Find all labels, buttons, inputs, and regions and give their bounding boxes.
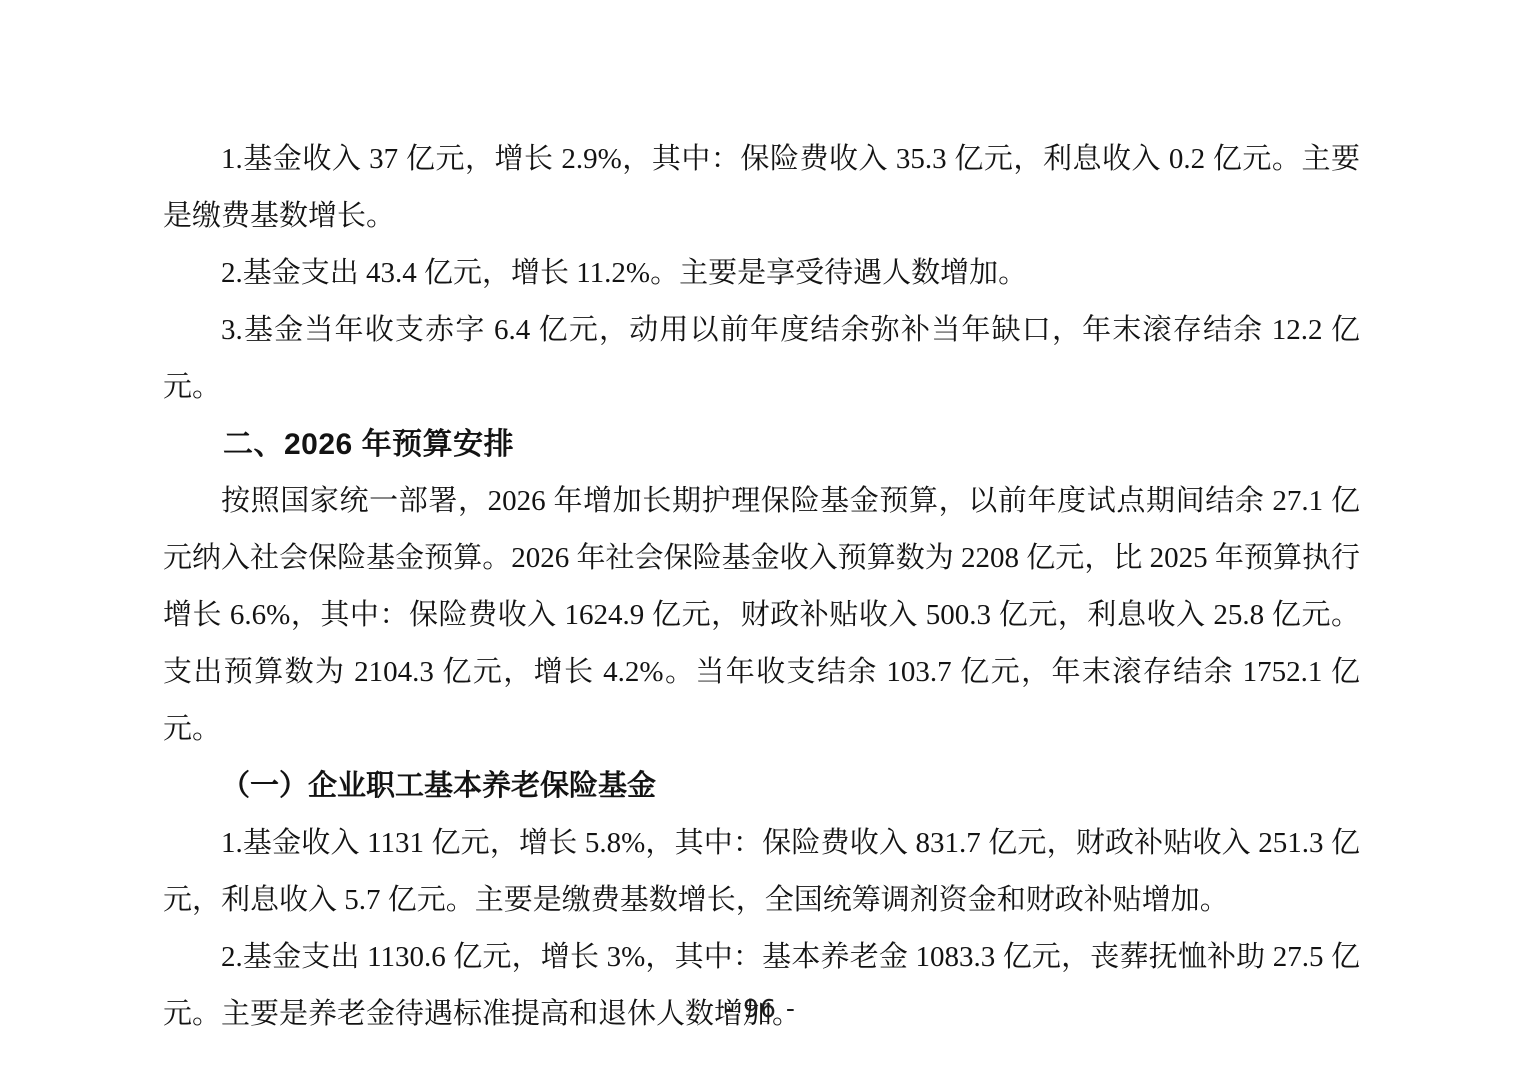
- document-page: 1.基金收入 37 亿元，增长 2.9%，其中：保险费收入 35.3 亿元，利息…: [0, 0, 1520, 1074]
- para-fund-deficit-execution: 3.基金当年收支赤字 6.4 亿元，动用以前年度结余弥补当年缺口，年末滚存结余 …: [163, 302, 1360, 416]
- para-fund-expense-execution: 2.基金支出 43.4 亿元，增长 11.2%。主要是享受待遇人数增加。: [163, 245, 1360, 302]
- heading-2026-budget-arrangement: 二、2026 年预算安排: [163, 416, 1360, 473]
- document-body: 1.基金收入 37 亿元，增长 2.9%，其中：保险费收入 35.3 亿元，利息…: [163, 131, 1360, 1043]
- para-enterprise-fund-income: 1.基金收入 1131 亿元，增长 5.8%，其中：保险费收入 831.7 亿元…: [163, 815, 1360, 929]
- para-2026-budget-overview: 按照国家统一部署，2026 年增加长期护理保险基金预算，以前年度试点期间结余 2…: [163, 473, 1360, 758]
- para-enterprise-fund-expense: 2.基金支出 1130.6 亿元，增长 3%，其中：基本养老金 1083.3 亿…: [163, 929, 1360, 1043]
- subheading-enterprise-pension-fund: （一）企业职工基本养老保险基金: [163, 758, 1360, 815]
- para-fund-income-execution: 1.基金收入 37 亿元，增长 2.9%，其中：保险费收入 35.3 亿元，利息…: [163, 131, 1360, 245]
- page-number: - 96 -: [0, 994, 1520, 1023]
